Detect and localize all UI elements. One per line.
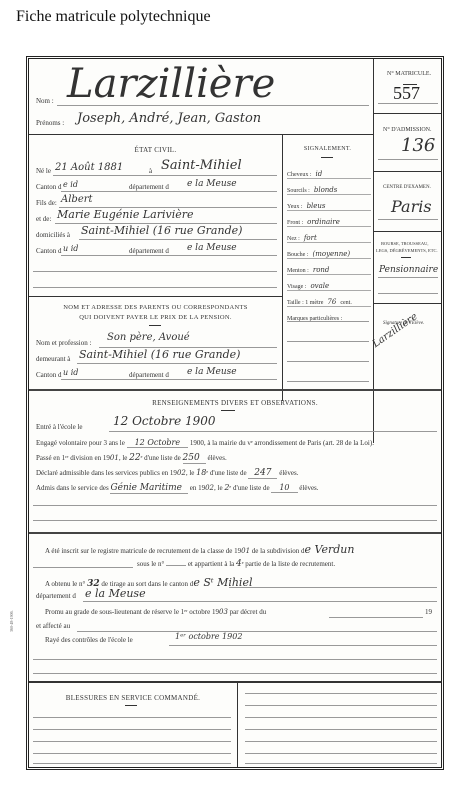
line (33, 717, 231, 718)
parents-canton-value: u id (63, 368, 78, 377)
signalement-dash (321, 157, 333, 158)
suffix: cent. (340, 300, 352, 306)
signalement-item: Visage : ovale (287, 275, 371, 291)
nom-profession-value: Son père, Avoué (107, 332, 190, 343)
label: A été inscrit sur le registre matricule … (45, 547, 241, 555)
canton-label: Canton d (36, 183, 61, 191)
signalement-item: Nez : fort (287, 227, 371, 243)
departement-label: département d (129, 183, 169, 191)
parents-departement-value: e la Meuse (187, 367, 237, 377)
nom-value: Larzillière (67, 61, 275, 107)
affecte-label: et affecté au (36, 622, 70, 630)
parents-heading-1: NOM ET ADRESSE DES PARENTS OU CORRESPOND… (29, 304, 282, 311)
value: 76 (327, 298, 336, 306)
matricule-line (378, 103, 438, 104)
line (61, 255, 277, 256)
text: élèves. (299, 484, 318, 492)
ne-le-value: 21 Août 1881 (55, 162, 123, 173)
line (33, 741, 231, 742)
line (79, 239, 277, 240)
departement-value: e la Meuse (187, 179, 237, 189)
prenoms-value: Joseph, André, Jean, Gaston (77, 111, 261, 126)
declare-row: Déclaré admissible dans les services pub… (36, 468, 298, 478)
bourse-value: Pensionnaire (379, 265, 438, 275)
line (329, 617, 423, 618)
label: A obtenu le n° (45, 580, 85, 588)
centre-divider (373, 231, 441, 232)
suffix: ᵉ partie de la liste de recrutement. (242, 560, 335, 568)
total: 250 (183, 453, 206, 464)
centre-examen-value: Paris (391, 197, 432, 216)
prenoms-label: Prénoms : (36, 119, 64, 127)
passe-row: Passé en 1ʳᵉ division en 1901, le 22ᵉ d'… (36, 453, 227, 463)
signalement-item: Front : ordinaire (287, 211, 371, 227)
value: blonds (314, 186, 338, 194)
entre-label: Entré à l'école le (36, 423, 83, 431)
text: élèves. (279, 469, 298, 477)
label: Bouche : (287, 252, 309, 258)
line (245, 693, 437, 694)
blessures-heading: BLESSURES EN SERVICE COMMANDÉ. (29, 694, 237, 702)
line (287, 361, 369, 362)
canton2-label: Canton d (36, 247, 61, 255)
canton2-value: u id (63, 244, 78, 253)
line (378, 219, 438, 220)
signalement-item: Yeux : bleus (287, 195, 371, 211)
registration-sheet: Nom : Larzillière Prénoms : Joseph, Andr… (26, 56, 444, 770)
rank: 18 (196, 468, 206, 477)
line (33, 505, 437, 506)
line (61, 379, 277, 380)
parents-heading-2: QUI DOIVENT PAYER LE PRIX DE LA PENSION. (29, 314, 282, 321)
label: Engagé volontaire pour 3 ans le (36, 439, 125, 447)
signalement-item: Sourcils : blonds (287, 179, 371, 195)
bourse-divider (373, 303, 441, 304)
text: par décret du (230, 608, 267, 616)
label: sous le n° (137, 560, 164, 568)
label: Nez : (287, 236, 300, 242)
label: Yeux : (287, 204, 303, 210)
renseignements-dash (221, 410, 235, 411)
demeurant-value: Saint-Mihiel (16 rue Grande) (79, 348, 240, 361)
signalement-divider (282, 134, 283, 296)
line (287, 381, 369, 382)
value: rond (313, 266, 330, 274)
label: Cheveux : (287, 172, 312, 178)
suffix: à la mairie du vᵉ arrondissement de Pari… (207, 439, 374, 447)
domicilies-label: domiciliés à (36, 231, 70, 239)
admission-divider (373, 171, 441, 172)
value: ovale (310, 282, 329, 290)
text: en 19 (190, 484, 205, 492)
rank: 22 (129, 453, 140, 463)
nom-label: Nom : (36, 97, 54, 105)
bourse-label-1: BOURSE, TROUSSEAU, (381, 241, 429, 246)
parents-canton-label: Canton d (36, 371, 61, 379)
bourse-dash (401, 257, 411, 258)
recrutement-departement-value: e la Meuse (85, 587, 146, 600)
signalement-divider-lower (282, 296, 283, 401)
line (33, 520, 437, 521)
line (33, 271, 277, 272)
text: ᵉ d'une liste de (229, 484, 269, 492)
section-divider (29, 389, 441, 391)
nom-line (57, 105, 369, 106)
fils-de-value: Albert (61, 194, 93, 205)
label: Front : (287, 220, 303, 226)
line (245, 705, 437, 706)
label: Promu au grade de sous-lieutenant de rés… (45, 608, 219, 616)
line (77, 631, 437, 632)
value: (moyenne) (313, 250, 351, 258)
label: Déclaré admissible dans les services pub… (36, 469, 177, 477)
matricule-divider (373, 113, 441, 114)
text: , le (214, 484, 223, 492)
fils-de-label: Fils de: (36, 199, 57, 207)
year: 1900, (190, 439, 206, 447)
line (33, 753, 231, 754)
text: , le (186, 469, 195, 477)
line (77, 363, 277, 364)
line (33, 567, 133, 568)
value: fort (304, 234, 317, 242)
centre-examen-label: CENTRE D'EXAMEN. (383, 185, 431, 190)
label: Taille : 1 mètre (287, 300, 323, 306)
text: ᵉ d'une liste de (141, 454, 181, 462)
admission-line (378, 159, 438, 160)
line (61, 191, 277, 192)
label: Visage : (287, 284, 306, 290)
subdivision: e Verdun (305, 543, 355, 556)
label: et appartient à la (188, 560, 234, 568)
signalement-item: Taille : 1 mètre 76 cent. (287, 291, 371, 307)
line (287, 321, 369, 322)
promu-row: Promu au grade de sous-lieutenant de rés… (45, 608, 266, 616)
value: id (316, 170, 323, 178)
year: 01 (241, 547, 250, 555)
line (53, 175, 277, 176)
year: 02 (205, 484, 214, 492)
inscrit-row: A été inscrit sur le registre matricule … (45, 543, 354, 556)
text: , le (119, 454, 128, 462)
signalement-item: Menton : rond (287, 259, 371, 275)
blank (166, 565, 186, 566)
signalement-item: Cheveux : id (287, 163, 371, 179)
text: ᵉ d'une liste de (206, 469, 246, 477)
line (33, 729, 231, 730)
line (83, 601, 437, 602)
value: bleus (307, 202, 326, 210)
service: Génie Maritime (110, 483, 188, 494)
entre-value: 12 Octobre 1900 (113, 414, 216, 428)
signalement-item: Marques particulières : (287, 307, 371, 322)
year: 03 (219, 608, 228, 616)
admission-label: N° D'ADMISSION. (383, 127, 431, 133)
line (109, 431, 437, 432)
recrutement-departement-label: département d (36, 592, 76, 600)
text: élèves. (207, 454, 226, 462)
matricule-value: 557 (393, 83, 420, 104)
blessures-divider (237, 681, 238, 767)
departement2-value: e la Meuse (187, 243, 237, 253)
section-divider (29, 681, 441, 683)
line (245, 717, 437, 718)
label: Sourcils : (287, 188, 310, 194)
label: Menton : (287, 268, 309, 274)
line (169, 645, 437, 646)
text: de la subdivision d (252, 547, 305, 555)
raye-value: 1ᵉʳ octobre 1902 (175, 632, 242, 641)
year: 01 (110, 454, 119, 462)
line (33, 763, 231, 764)
line (378, 293, 438, 294)
ne-le-label: Né le (36, 167, 51, 175)
header-divider (29, 134, 373, 135)
etat-civil-bottom (29, 296, 282, 297)
line (245, 753, 437, 754)
line (245, 741, 437, 742)
departement2-label: département d (129, 247, 169, 255)
a-label: à (149, 167, 152, 175)
page-title: Fiche matricule polytechnique (16, 8, 211, 26)
signalement-item: Bouche : (moyenne) (287, 243, 371, 259)
line (229, 587, 437, 588)
total: 247 (248, 468, 277, 479)
line (287, 341, 369, 342)
bourse-label-2: LEGS, DÉGRÈVEMENTS, ETC. (376, 248, 438, 253)
blessures-dash (125, 705, 137, 706)
matricule-label: N° MATRICULE. (387, 71, 431, 77)
parents-departement-label: département d (129, 371, 169, 379)
etat-civil-heading: ÉTAT CIVIL. (29, 146, 282, 154)
raye-label: Rayé des contrôles de l'école le (45, 636, 133, 644)
et-de-label: et de: (36, 215, 51, 223)
domicilies-value: Saint-Mihiel (16 rue Grande) (81, 224, 242, 237)
nom-profession-label: Nom et profession : (36, 339, 91, 347)
year: 02 (177, 469, 186, 477)
label: Admis dans le service des (36, 484, 109, 492)
line (33, 673, 437, 674)
line (245, 729, 437, 730)
signalement-list: Cheveux : id Sourcils : blonds Yeux : bl… (287, 163, 371, 322)
section-divider (29, 532, 441, 534)
birthplace-value: Saint-Mihiel (161, 158, 242, 173)
signalement-heading: SIGNALEMENT. (282, 146, 373, 152)
line (378, 277, 438, 278)
promu-19: 19 (425, 608, 432, 616)
et-de-value: Marie Eugénie Larivière (57, 208, 194, 221)
line (245, 763, 437, 764)
engage-row: Engagé volontaire pour 3 ans le 12 Octob… (36, 438, 374, 447)
total: 10 (271, 483, 297, 493)
renseignements-heading: RENSEIGNEMENTS DIVERS ET OBSERVATIONS. (29, 399, 441, 407)
right-column-divider (373, 59, 374, 443)
printer-margin-note: 360-48-1906. (9, 610, 14, 632)
demeurant-label: demeurant à (36, 355, 70, 363)
admis-row: Admis dans le service des Génie Maritime… (36, 483, 319, 493)
label: Passé en 1ʳᵉ division en 19 (36, 454, 110, 462)
parents-dash (149, 325, 161, 326)
appartient-row: sous le n° et appartient à la 4ᵉ partie … (137, 559, 335, 569)
line (33, 659, 437, 660)
admission-value: 136 (401, 135, 435, 156)
student-signature: Larzillière (371, 311, 420, 350)
line (33, 287, 277, 288)
value: ordinaire (307, 218, 340, 226)
obtenu-row: A obtenu le n° 32 de tirage au sort dans… (45, 576, 252, 589)
value: 12 Octobre (127, 438, 188, 448)
canton-value: e id (63, 180, 78, 189)
